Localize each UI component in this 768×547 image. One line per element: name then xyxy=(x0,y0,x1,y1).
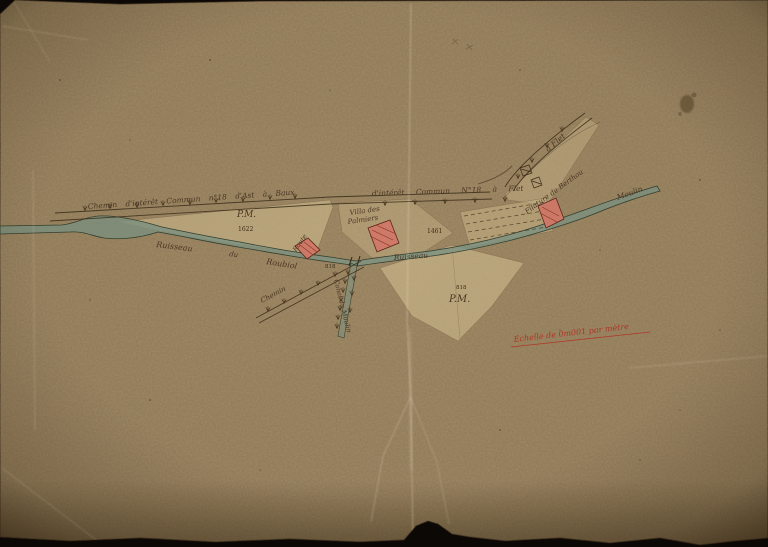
scanned-map-photo: Chemin d'intérêt Commun n°18 d'Ast à Bau… xyxy=(0,0,768,547)
map-canvas: Chemin d'intérêt Commun n°18 d'Ast à Bau… xyxy=(0,0,768,547)
vignette xyxy=(0,0,768,547)
bottom-shade xyxy=(0,480,768,547)
